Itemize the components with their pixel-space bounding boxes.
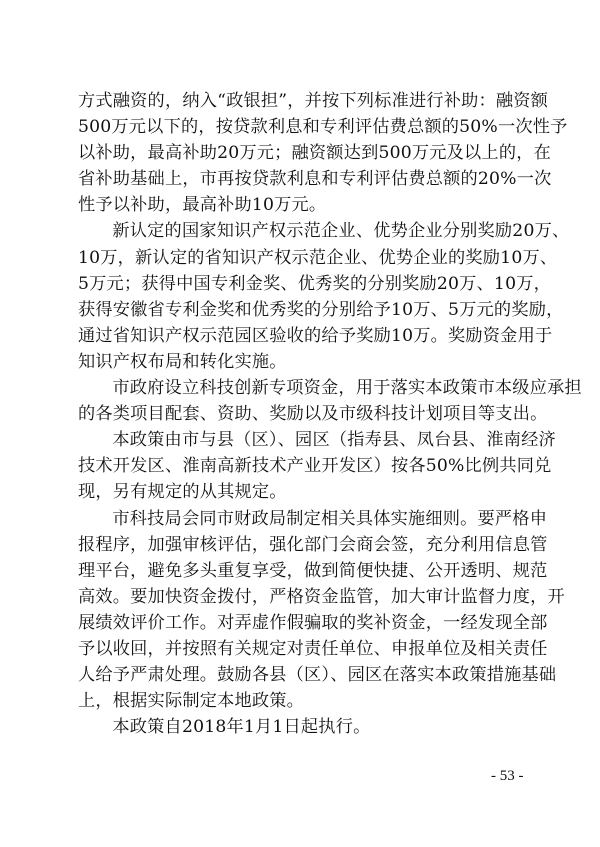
text-line: 知识产权布局和转化实施。 [78,349,524,375]
text-line: 展绩效评价工作。对弄虚作假骗取的奖补资金，一经发现全部 [78,610,524,636]
text-line: 市政府设立科技创新专项资金，用于落实本政策市本级应承担 [78,375,524,401]
text-line: 方式融资的，纳入“政银担”，并按下列标准进行补助：融资额 [78,88,524,114]
text-line: 新认定的国家知识产权示范企业、优势企业分别奖励20万、 [78,218,524,244]
text-line: 本政策自2018年1月1日起执行。 [78,714,524,740]
paragraph-effective-date: 本政策自2018年1月1日起执行。 [78,714,524,740]
text-line: 性予以补助，最高补助10万元。 [78,192,524,218]
text-line: 500万元以下的，按贷款利息和专利评估费总额的50%一次性予 [78,114,524,140]
text-line: 市科技局会同市财政局制定相关具体实施细则。要严格申 [78,506,524,532]
text-line: 上，根据实际制定本地政策。 [78,688,524,714]
document-body: 方式融资的，纳入“政银担”，并按下列标准进行补助：融资额 500万元以下的，按贷… [78,88,524,740]
text-line: 技术开发区、淮南高新技术产业开发区）按各50%比例共同兑 [78,453,524,479]
paragraph-implementation-rules: 市科技局会同市财政局制定相关具体实施细则。要严格申 报程序，加强审核评估，强化部… [78,506,524,715]
text-line: 报程序，加强审核评估，强化部门会商会签，充分利用信息管 [78,532,524,558]
text-line: 获得安徽省专利金奖和优秀奖的分别给予10万、5万元的奖励， [78,297,524,323]
text-line: 人给予严肃处理。鼓励各县（区）、园区在落实本政策措施基础 [78,662,524,688]
text-line: 本政策由市与县（区）、园区（指寿县、凤台县、淮南经济 [78,427,524,453]
text-line: 予以收回，并按照有关规定对责任单位、申报单位及相关责任 [78,636,524,662]
text-line: 通过省知识产权示范园区验收的给予奖励10万。奖励资金用于 [78,323,524,349]
text-line: 现，另有规定的从其规定。 [78,479,524,505]
paragraph-special-fund: 市政府设立科技创新专项资金，用于落实本政策市本级应承担 的各类项目配套、资助、奖… [78,375,524,427]
text-line: 以补助，最高补助20万元；融资额达到500万元及以上的，在 [78,140,524,166]
paragraph-cost-sharing: 本政策由市与县（区）、园区（指寿县、凤台县、淮南经济 技术开发区、淮南高新技术产… [78,427,524,505]
paragraph-financing-subsidy: 方式融资的，纳入“政银担”，并按下列标准进行补助：融资额 500万元以下的，按贷… [78,88,524,218]
page-number: - 53 - [491,768,524,785]
text-line: 省补助基础上，市再按贷款利息和专利评估费总额的20%一次 [78,166,524,192]
paragraph-ip-awards: 新认定的国家知识产权示范企业、优势企业分别奖励20万、 10万，新认定的省知识产… [78,218,524,375]
text-line: 5万元；获得中国专利金奖、优秀奖的分别奖励20万、10万， [78,271,524,297]
text-line: 高效。要加快资金拨付，严格资金监管，加大审计监督力度，开 [78,584,524,610]
text-line: 10万，新认定的省知识产权示范企业、优势企业的奖励10万、 [78,245,524,271]
text-line: 理平台，避免多头重复享受，做到简便快捷、公开透明、规范 [78,558,524,584]
text-line: 的各类项目配套、资助、奖励以及市级科技计划项目等支出。 [78,401,524,427]
